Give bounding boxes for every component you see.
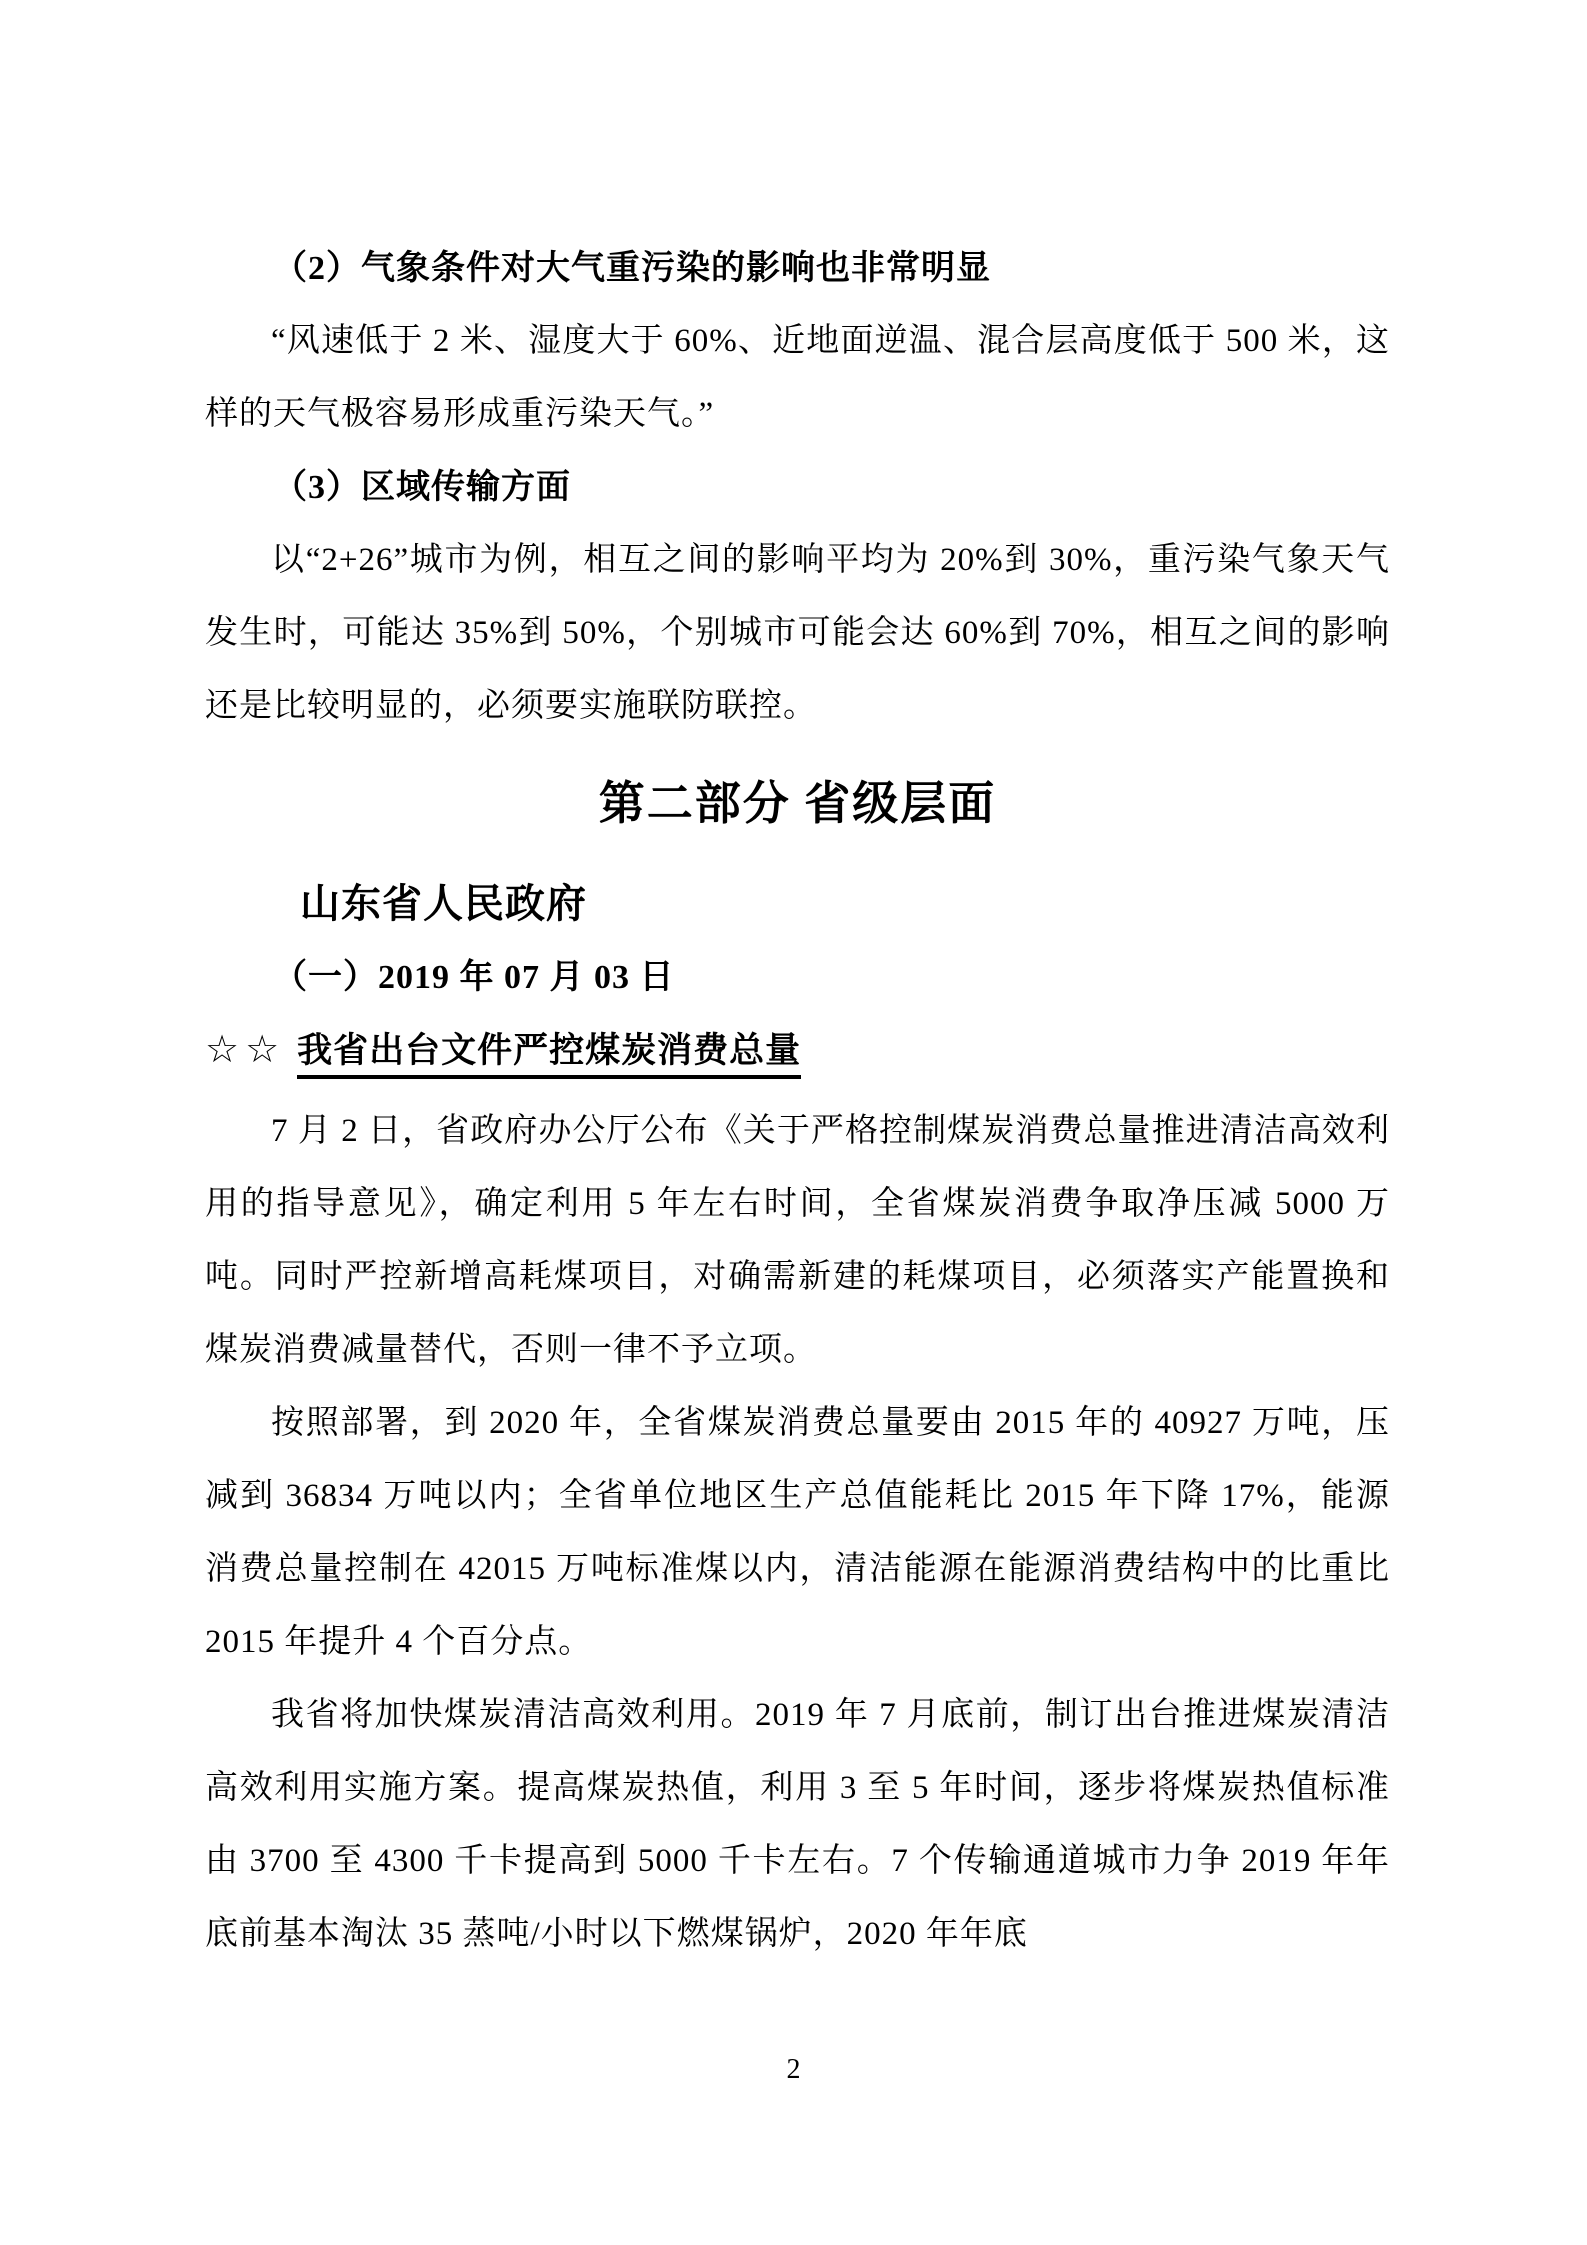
news-title-line: ☆☆我省出台文件严控煤炭消费总量 — [205, 1014, 1390, 1087]
paragraph-announcement: 7 月 2 日，省政府办公厅公布《关于严格控制煤炭消费总量推进清洁高效利用的指导… — [205, 1095, 1390, 1387]
paragraph-weather-conditions: “风速低于 2 米、湿度大于 60%、近地面逆温、混合层高度低于 500 米，这… — [205, 305, 1390, 451]
page-number: 2 — [0, 2055, 1587, 2085]
org-name-heading: 山东省人民政府 — [300, 867, 1390, 941]
paragraph-clean-utilization: 我省将加快煤炭清洁高效利用。2019 年 7 月底前，制订出台推进煤炭清洁高效利… — [205, 1679, 1390, 1971]
paragraph-targets: 按照部署，到 2020 年，全省煤炭消费总量要由 2015 年的 40927 万… — [205, 1387, 1390, 1679]
document-content: （2）气象条件对大气重污染的影响也非常明显 “风速低于 2 米、湿度大于 60%… — [205, 0, 1390, 1971]
date-heading: （一）2019 年 07 月 03 日 — [205, 941, 1390, 1014]
paragraph-regional-transport: 以“2+26”城市为例，相互之间的影响平均为 20%到 30%，重污染气象天气发… — [205, 524, 1390, 743]
document-page: （2）气象条件对大气重污染的影响也非常明显 “风速低于 2 米、湿度大于 60%… — [0, 0, 1587, 2245]
star-icon: ☆☆ — [205, 1029, 285, 1071]
heading-regional-transport: （3）区域传输方面 — [205, 451, 1390, 524]
news-title: 我省出台文件严控煤炭消费总量 — [297, 1031, 801, 1079]
heading-weather-conditions: （2）气象条件对大气重污染的影响也非常明显 — [205, 232, 1390, 305]
part-two-title: 第二部分 省级层面 — [205, 757, 1390, 851]
